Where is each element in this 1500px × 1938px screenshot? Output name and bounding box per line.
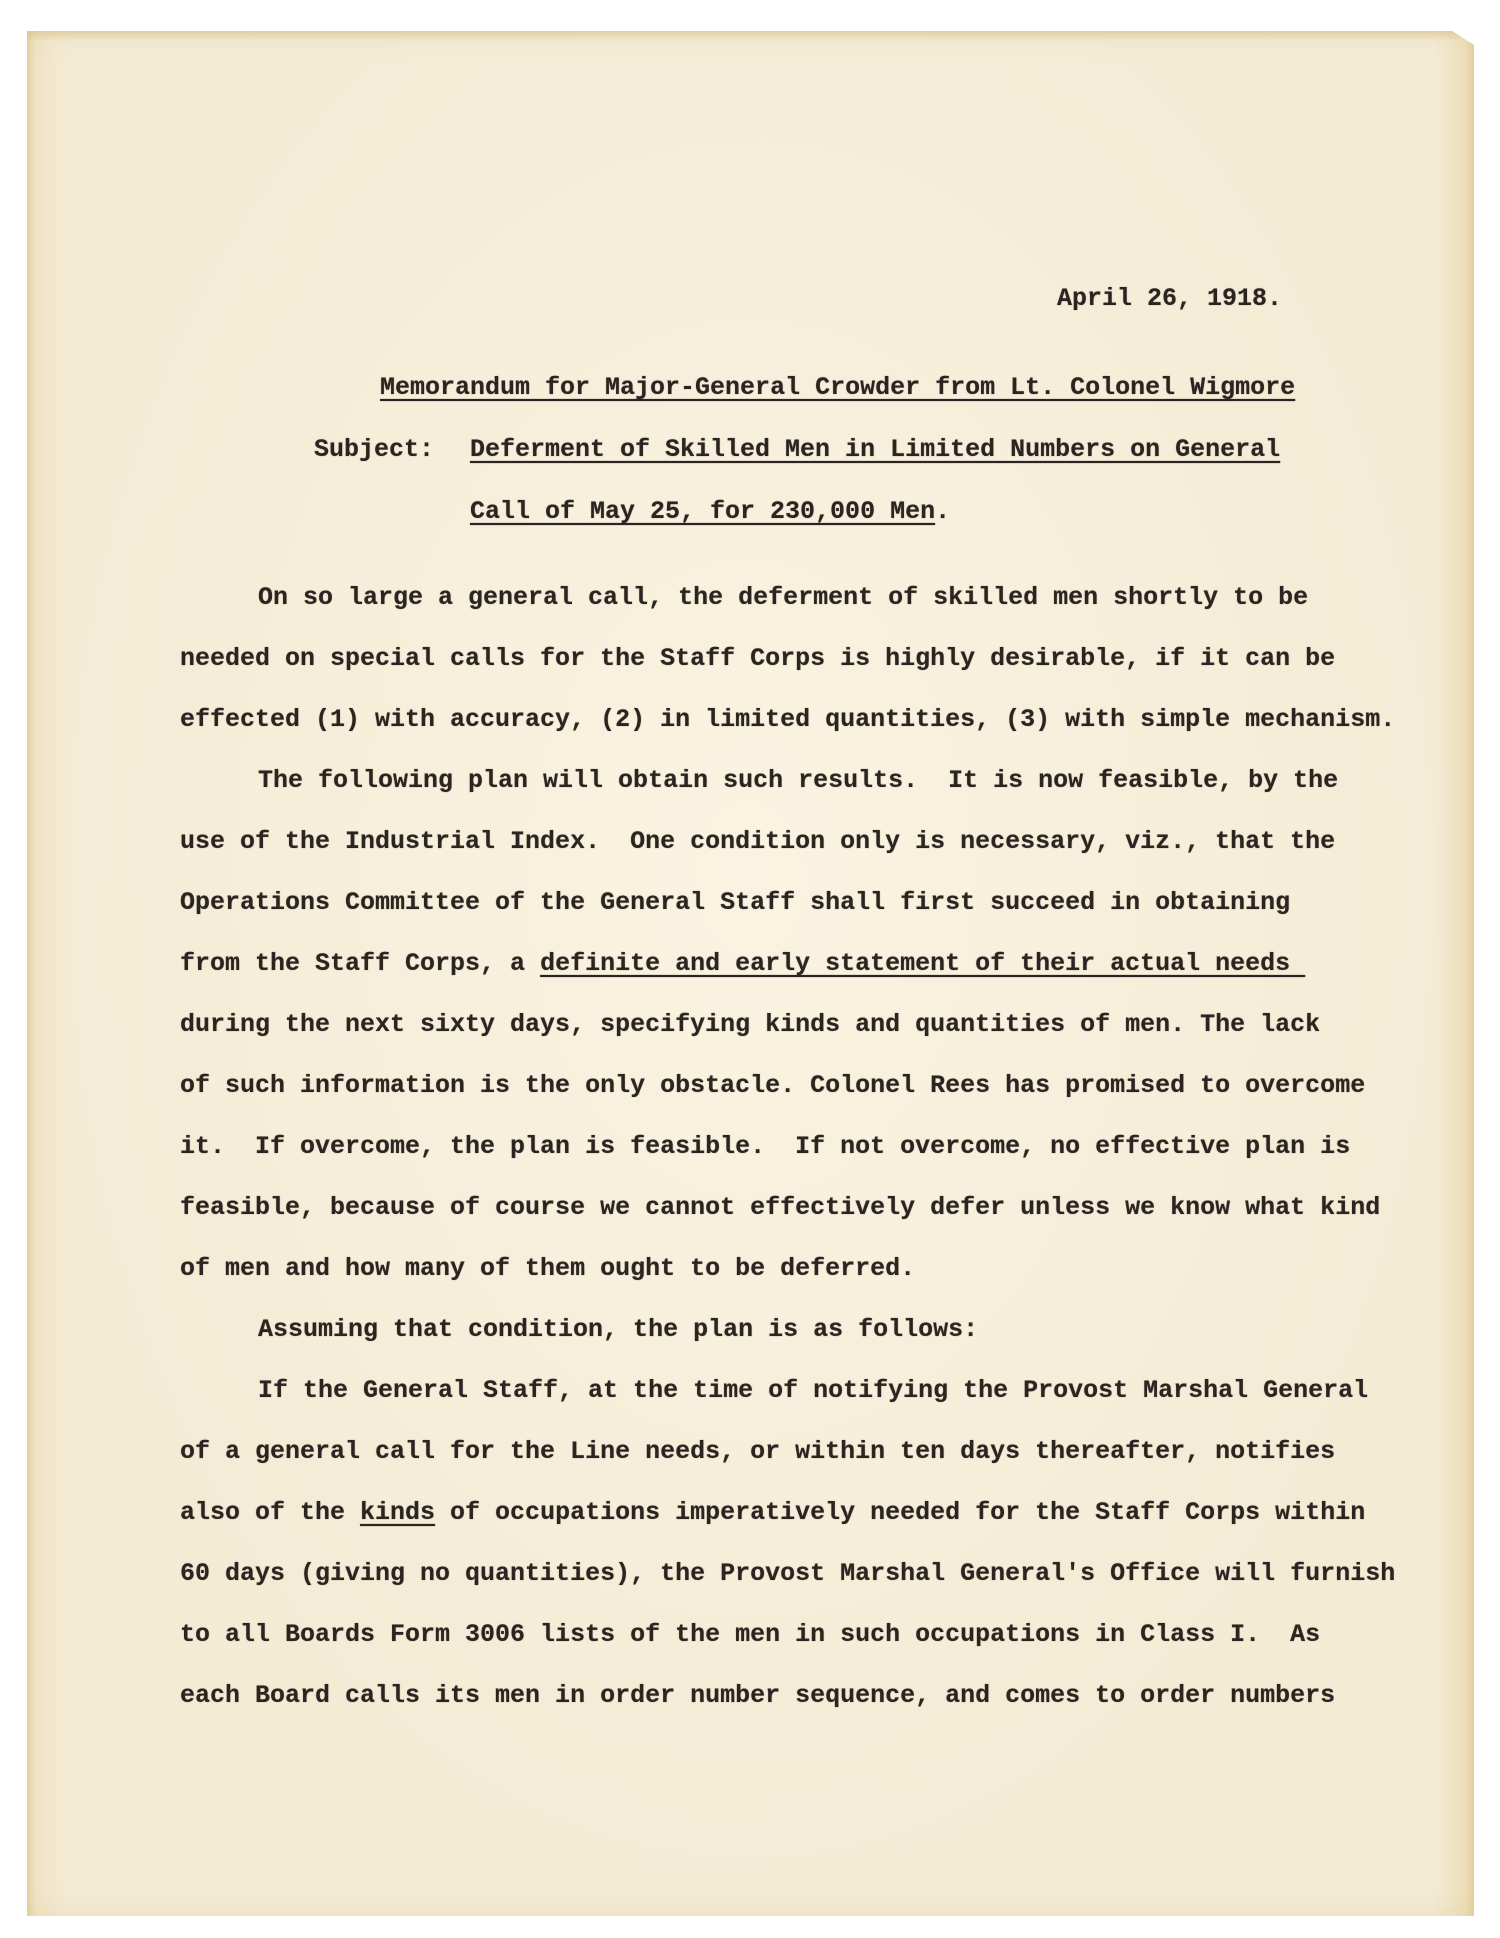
paragraph-2-line-4-prefix: from the Staff Corps, a xyxy=(180,949,540,978)
paragraph-4-line-3: also of the kinds of occupations imperat… xyxy=(180,1482,1365,1543)
paragraph-2-line-2: use of the Industrial Index. One conditi… xyxy=(180,811,1335,872)
paragraph-2-line-1: The following plan will obtain such resu… xyxy=(258,750,1338,811)
paragraph-4-line-3-suffix: of occupations imperatively needed for t… xyxy=(435,1498,1365,1527)
paragraph-2-line-5: during the next sixty days, specifying k… xyxy=(180,994,1320,1055)
paragraph-4-line-3-prefix: also of the xyxy=(180,1498,360,1527)
paragraph-1-line-2: needed on special calls for the Staff Co… xyxy=(180,628,1335,689)
subject-label: Subject: xyxy=(314,419,434,480)
paragraph-1-line-3: effected (1) with accuracy, (2) in limit… xyxy=(180,689,1395,750)
paragraph-4-line-2: of a general call for the Line needs, or… xyxy=(180,1421,1335,1482)
emphasized-kinds: kinds xyxy=(360,1498,435,1527)
paragraph-2-line-9: of men and how many of them ought to be … xyxy=(180,1238,915,1299)
paragraph-2-line-8: feasible, because of course we cannot ef… xyxy=(180,1177,1380,1238)
subject-line-1: Deferment of Skilled Men in Limited Numb… xyxy=(470,419,1280,480)
paragraph-2-line-7: it. If overcome, the plan is feasible. I… xyxy=(180,1116,1350,1177)
subject-line-2-text: Call of May 25, for 230,000 Men xyxy=(470,497,935,526)
paragraph-1-line-1: On so large a general call, the defermen… xyxy=(258,567,1308,628)
paragraph-2-line-4: from the Staff Corps, a definite and ear… xyxy=(180,933,1305,994)
emphasized-needs-statement: definite and early statement of their ac… xyxy=(540,949,1305,978)
subject-line-2: Call of May 25, for 230,000 Men. xyxy=(470,481,950,542)
memo-heading: Memorandum for Major-General Crowder fro… xyxy=(380,357,1295,418)
paragraph-3-line-1: Assuming that condition, the plan is as … xyxy=(258,1299,978,1360)
paragraph-4-line-6: each Board calls its men in order number… xyxy=(180,1665,1335,1726)
paragraph-4-line-1: If the General Staff, at the time of not… xyxy=(258,1360,1368,1421)
paragraph-4-line-5: to all Boards Form 3006 lists of the men… xyxy=(180,1604,1320,1665)
paragraph-2-line-6: of such information is the only obstacle… xyxy=(180,1055,1365,1116)
paragraph-2-line-3: Operations Committee of the General Staf… xyxy=(180,872,1290,933)
date: April 26, 1918. xyxy=(1057,268,1282,329)
paragraph-4-line-4: 60 days (giving no quantities), the Prov… xyxy=(180,1543,1395,1604)
subject-line-2-period: . xyxy=(935,497,950,526)
